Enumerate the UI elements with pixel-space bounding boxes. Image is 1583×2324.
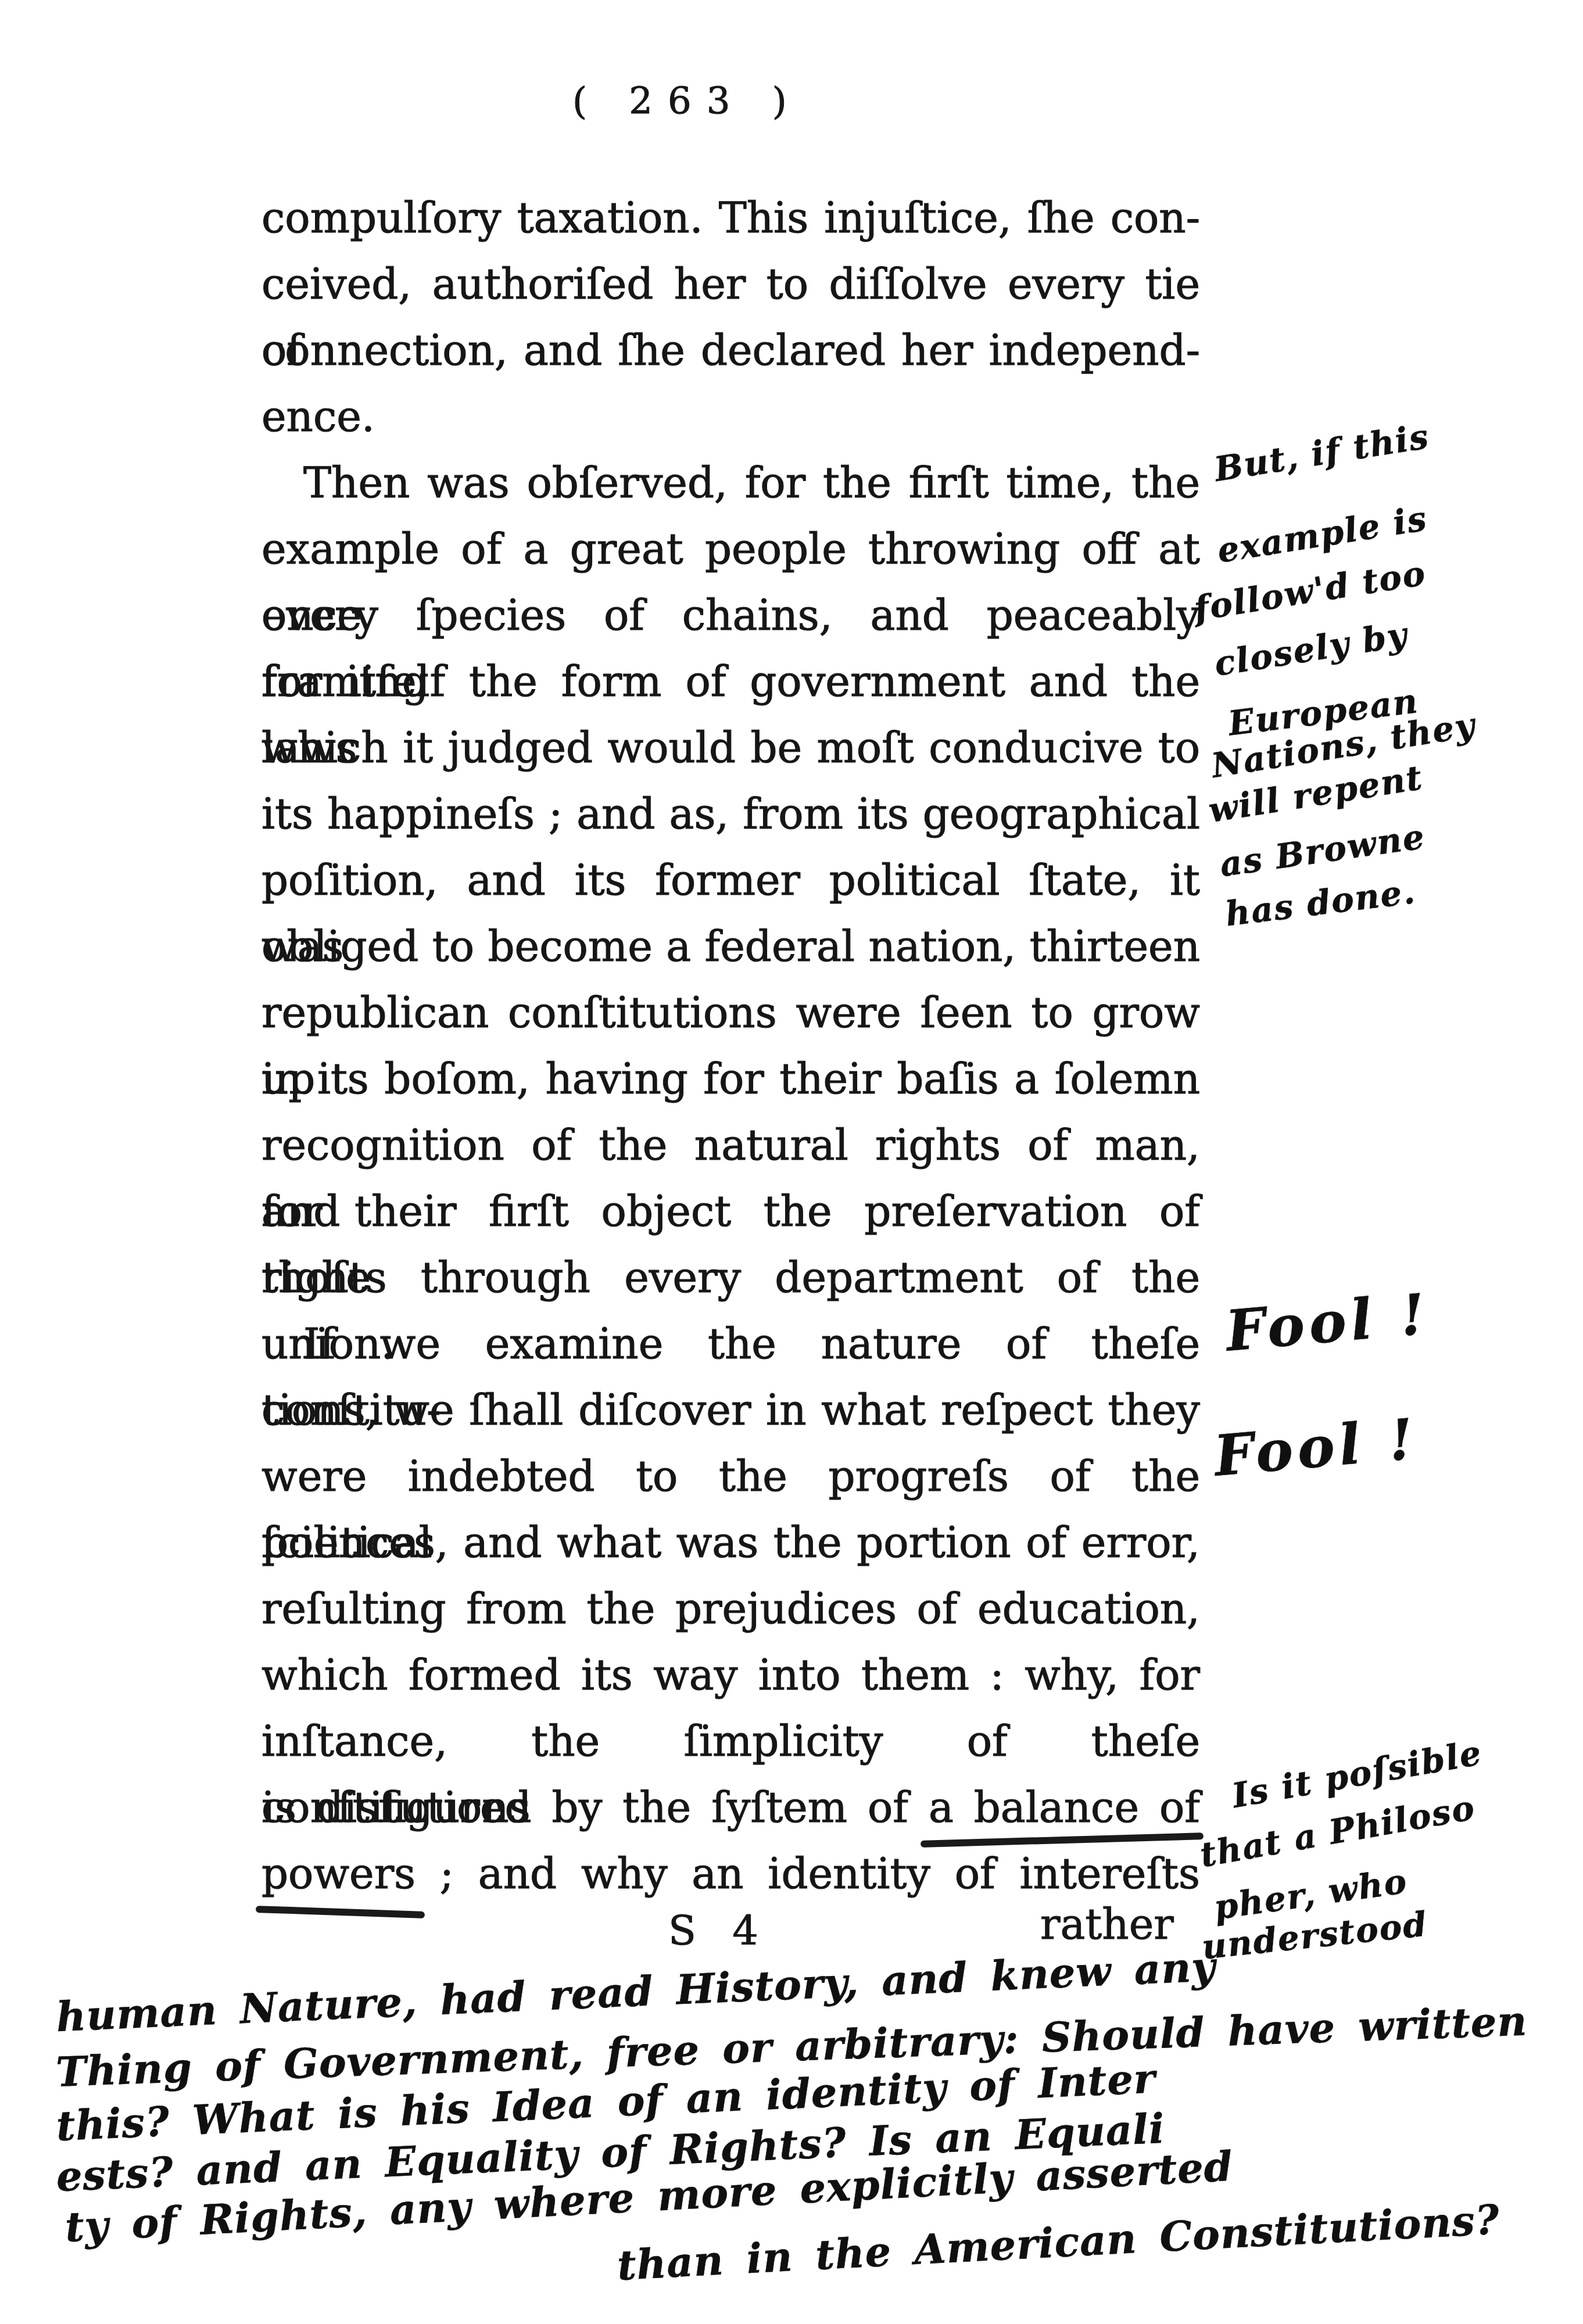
marginalia-note: Fool ! <box>1212 1405 1421 1489</box>
printed-line: ſciences, and what was the portion of er… <box>262 1509 1200 1576</box>
marginalia-note: But, if this <box>1212 417 1432 490</box>
printed-text-block: compulſory taxation. This injuſtice, ſhe… <box>262 185 1200 1907</box>
printed-line: inſtance, the ſimplicity of theſe conſti… <box>262 1708 1200 1774</box>
printed-line: its happineſs ; and as, from its geograp… <box>262 781 1200 847</box>
printed-line: recognition of the natural rights of man… <box>262 1112 1200 1178</box>
printed-line: example of a great people throwing off a… <box>262 516 1200 582</box>
printed-line: were indebted to the progreſs of the pol… <box>262 1443 1200 1509</box>
printed-line: connection, and ſhe declared her indepen… <box>262 317 1200 383</box>
printed-line: poſition, and its former political ſtate… <box>262 847 1200 913</box>
printed-line: for their firſt object the preſervation … <box>262 1178 1200 1245</box>
printed-line: rights through every department of the u… <box>262 1245 1200 1311</box>
signature-mark: S 4 <box>668 1907 770 1954</box>
book-page: ( 263 ) compulſory taxation. This injuſt… <box>0 0 1583 2324</box>
printed-line: Then was obſerved, for the firſt time, t… <box>262 450 1200 516</box>
marginalia-note: has done. <box>1223 871 1418 934</box>
printed-line-text: ; and why an identity of intereſts <box>416 1849 1200 1898</box>
printed-line: ceived, authoriſed her to diſſolve every… <box>262 251 1200 317</box>
printed-line: republican conſtitutions were ſeen to gr… <box>262 980 1200 1046</box>
page-number: ( 263 ) <box>572 80 802 123</box>
printed-line: in its boſom, having for their baſis a ſ… <box>262 1046 1200 1112</box>
printed-line: which formed its way into them : why, fo… <box>262 1642 1200 1708</box>
hand-underline: a balance of <box>929 1783 1200 1832</box>
printed-line: which it judged would be moſt conducive … <box>262 715 1200 781</box>
printed-line: powers ; and why an identity of intereſt… <box>262 1841 1200 1907</box>
printed-line: reſulting from the prejudices of educati… <box>262 1576 1200 1642</box>
marginalia-note: closely by <box>1212 614 1410 684</box>
printed-line: compulſory taxation. This injuſtice, ſhe… <box>262 185 1200 251</box>
printed-line: every ſpecies of chains, and peaceably f… <box>262 582 1200 648</box>
printed-line: If we examine the nature of theſe conſti… <box>262 1311 1200 1377</box>
printed-line: is disfigured by the ſyſtem of a balance… <box>262 1774 1200 1841</box>
printed-line: for itſelf the form of government and th… <box>262 648 1200 715</box>
hand-underline: powers <box>262 1849 416 1898</box>
printed-line-text: is disfigured by the ſyſtem of <box>262 1783 929 1832</box>
catchword: rather <box>1040 1900 1174 1949</box>
marginalia-note: Fool ! <box>1223 1281 1432 1364</box>
printed-line: tions, we ſhall diſcover in what reſpect… <box>262 1377 1200 1443</box>
printed-line: ence. <box>262 383 1200 450</box>
printed-line: obliged to become a federal nation, thir… <box>262 913 1200 980</box>
